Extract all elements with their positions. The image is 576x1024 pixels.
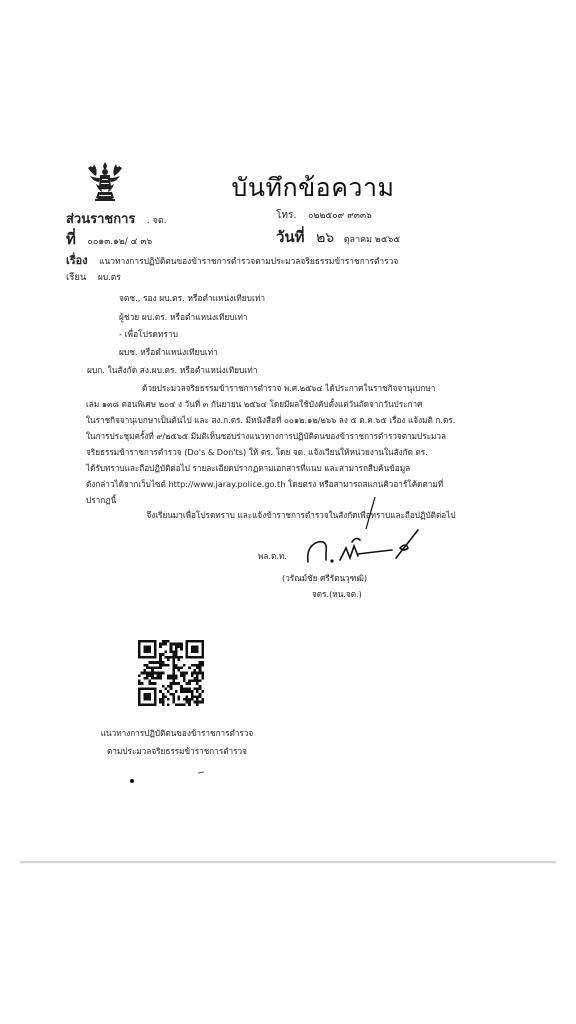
reference-field: ที่ ๐๐๑๓.๑๒/ ๔ ๓๖ — [66, 227, 152, 251]
recipient-line: ผบก. ในสังกัด สง.ผบ.ตร. หรือตำแหน่งเทียบ… — [87, 363, 257, 377]
recipient-line: ผู้ช่วย ผบ.ตร. หรือตำแหน่งเทียบเท่า — [119, 310, 248, 324]
subject-value: แนวทางการปฏิบัติตนของข้าราชการตำรวจตามปร… — [99, 256, 398, 266]
reference-label: ที่ — [66, 230, 76, 248]
body-line: จริยธรรมข้าราชการตำรวจ (Do's & Don'ts) ใ… — [86, 444, 510, 460]
body-line: ดังกล่าวได้จากเว็บไซต์ http://www.jaray.… — [86, 476, 510, 492]
agency-field: ส่วนราชการ . จต. — [66, 208, 167, 229]
phone-value: ๐๒๒๕๐๙ ๙๓๓๖ — [308, 211, 372, 221]
recipient-line: ผบช. หรือตำแหน่งเทียบเท่า — [119, 345, 218, 359]
body-line: ในราชกิจจานุเบกษาเป็นต้นไป และ สง.ก.ตร. … — [86, 412, 510, 428]
agency-value: . จต. — [147, 216, 167, 226]
phone-field: โทร. ๐๒๒๕๐๙ ๙๓๓๖ — [276, 208, 372, 223]
phone-label: โทร. — [276, 210, 297, 221]
document-page: บันทึกข้อความ ส่วนราชการ . จต. โทร. ๐๒๒๕… — [0, 0, 576, 1024]
body-line: ได้รับทราบและถือปฏิบัติต่อไป รายละเอียดป… — [86, 460, 510, 476]
body-line: เล่ม ๑๓๘ ตอนพิเศษ ๒๐๔ ง วันที่ ๓ กันยายน… — [86, 396, 510, 412]
body-paragraph: ด้วยประมวลจริยธรรมข้าราชการตำรวจ พ.ศ.๒๕๖… — [86, 380, 510, 508]
reference-value: ๐๐๑๓.๑๒/ ๔ ๓๖ — [87, 237, 152, 247]
qr-caption: แนวทางการปฏิบัติตนของข้าราชการตำรวจ ตามป… — [82, 724, 272, 760]
body-line: ปรากฏนี้ — [86, 492, 510, 508]
date-month-year: ตุลาคม ๒๕๖๕ — [344, 235, 401, 245]
check-mark-icon — [364, 496, 376, 530]
page-divider — [20, 861, 556, 863]
to-value: ผบ.ตร — [98, 272, 121, 282]
qr-code-icon[interactable] — [138, 640, 204, 706]
subject-field: เรื่อง แนวทางการปฏิบัติตนของข้าราชการตำร… — [66, 251, 398, 269]
recipient-line: - เพื่อโปรดทราบ — [119, 327, 178, 341]
date-day: ๒๖ — [316, 230, 334, 246]
closing-statement: จึงเรียนมาเพื่อโปรดทราบ และแจ้งข้าราชการ… — [0, 509, 576, 522]
body-line: ในการประชุมครั้งที่ ๙/๒๕๖๕ มีมติเห็นชอบร… — [86, 428, 510, 444]
subject-label: เรื่อง — [66, 254, 88, 267]
signer-position: จตร.(หน.จต.) — [312, 588, 362, 601]
qr-caption-line: ตามประมวลจริยธรรมข้าราชการตำรวจ — [82, 742, 272, 760]
qr-caption-line: แนวทางการปฏิบัติตนของข้าราชการตำรวจ — [82, 724, 272, 742]
to-field: เรียน ผบ.ตร — [66, 270, 121, 285]
body-line: ด้วยประมวลจริยธรรมข้าราชการตำรวจ พ.ศ.๒๕๖… — [86, 380, 510, 396]
to-label: เรียน — [66, 272, 86, 283]
page-title: บันทึกข้อความ — [0, 168, 576, 208]
scan-speck — [198, 771, 204, 773]
date-label: วันที่ — [276, 228, 305, 246]
recipient-line: จตช., รอง ผบ.ตร. หรือตำแหน่งเทียบเท่า — [119, 291, 265, 305]
signer-name: (วรัณม์ชัย ศรีรัตนวุฑฒิ) — [282, 572, 367, 585]
date-field: วันที่ ๒๖ ตุลาคม ๒๕๖๕ — [276, 225, 400, 249]
agency-label: ส่วนราชการ — [66, 212, 135, 227]
handwritten-signature-icon — [296, 528, 436, 568]
signer-rank: พล.ต.ท. — [258, 550, 287, 563]
scan-speck — [130, 779, 134, 783]
